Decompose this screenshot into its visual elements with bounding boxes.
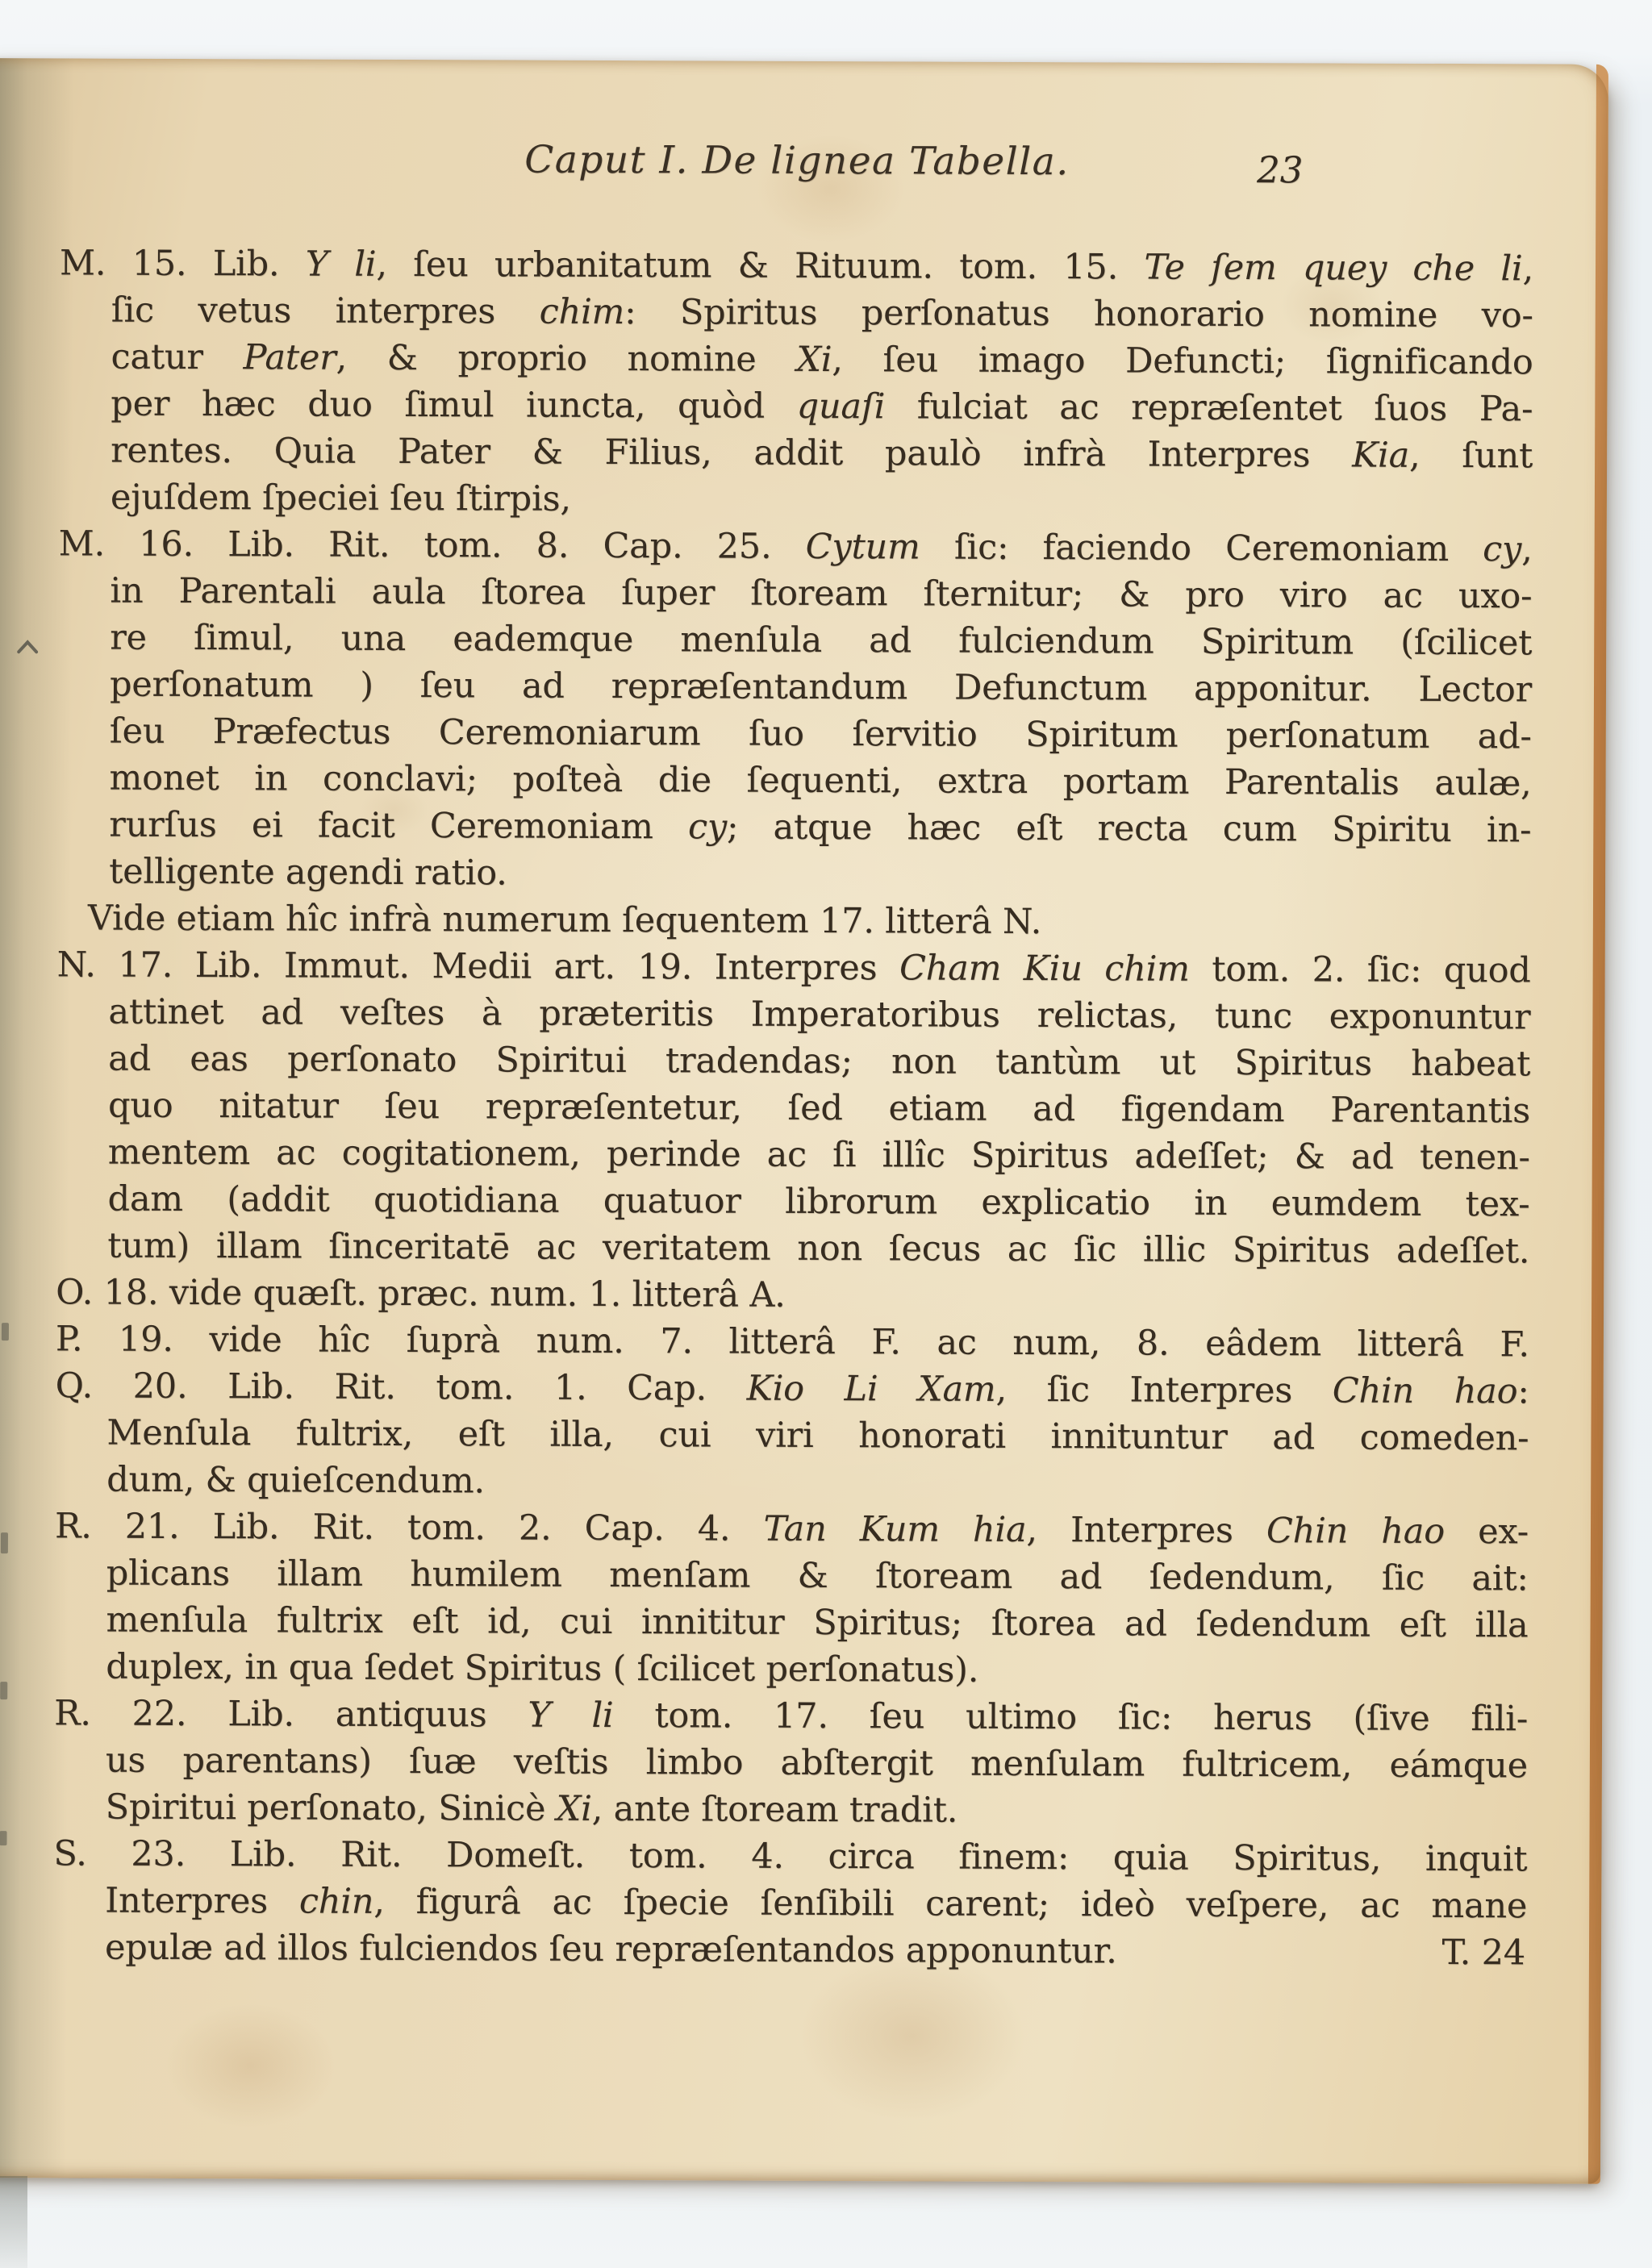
text-line: R. 22. Lib. antiquus Y li tom. 17. ſeu u…	[54, 1690, 1528, 1742]
text-line: ſic vetus interpres chim: Spiritus perſo…	[60, 286, 1533, 339]
page-content: Caput I. De lignea Tabella. 23 M. 15. Li…	[0, 58, 1608, 2184]
gutter-shadow-below-page	[0, 2176, 27, 2268]
text-segment-italic: Cham Kiu chim	[899, 948, 1190, 989]
text-line: rentes. Quia Pater & Filius, addit paulò…	[59, 427, 1533, 479]
text-segment-italic: chim	[540, 292, 625, 332]
text-line: menſula fultrix eſt id, cui innititur Sp…	[54, 1596, 1528, 1649]
text-line: dam (addit quotidiana quatuor librorum e…	[56, 1175, 1529, 1228]
text-line: telligente agendi ratio.	[57, 848, 1531, 900]
text-line: duplex, in qua ſedet Spiritus ( ſcilicet…	[54, 1643, 1528, 1695]
text-line: per hæc duo ſimul iuncta, quòd quaſi ful…	[59, 380, 1533, 432]
text-line: plicans illam humilem menſam & ſtoream a…	[55, 1549, 1529, 1602]
text-segment: R. 21. Lib. Rit. tom. 2. Cap. 4.	[55, 1506, 764, 1549]
text-segment: mentem ac cogitationem, perinde ac ſi il…	[108, 1132, 1530, 1178]
text-segment: ,	[1522, 248, 1533, 289]
text-line: perſonatum ) ſeu ad repræſentandum Defun…	[58, 661, 1532, 713]
text-block: M. 15. Lib. Y li, ſeu urbanitatum & Ritu…	[53, 240, 1533, 1976]
book-page: Caput I. De lignea Tabella. 23 M. 15. Li…	[0, 58, 1608, 2184]
text-line: O. 18. vide quæſt. præc. num. 1. litterâ…	[56, 1269, 1529, 1321]
text-segment: tom. 17. ſeu ultimo ſic: herus (ſive fil…	[613, 1695, 1528, 1739]
text-line: monet in conclavi; poſteà die ſequenti, …	[57, 754, 1531, 807]
text-segment: plicans illam humilem menſam & ſtoream a…	[106, 1553, 1529, 1599]
text-line: ad eas perſonato Spiritui tradendas; non…	[56, 1035, 1530, 1087]
text-segment: , figurâ ac ſpecie ſenſibili carent; ide…	[373, 1882, 1527, 1926]
text-segment-italic: Pater	[243, 337, 336, 377]
text-segment: duplex, in qua ſedet Spiritus ( ſcilicet…	[106, 1647, 978, 1691]
text-line: R. 21. Lib. Rit. tom. 2. Cap. 4. Tan Kum…	[55, 1503, 1529, 1555]
text-line: Q. 20. Lib. Rit. tom. 1. Cap. Kio Li Xam…	[56, 1362, 1529, 1415]
text-segment: ſic vetus interpres	[111, 290, 540, 332]
text-segment: Q. 20. Lib. Rit. tom. 1. Cap.	[56, 1365, 747, 1408]
text-segment: epulæ ad illos fulciendos ſeu repræſenta…	[105, 1928, 1117, 1972]
text-line: us parentans) ſuæ veſtis limbo abſtergit…	[54, 1736, 1528, 1789]
text-segment: M. 15. Lib.	[60, 243, 306, 284]
text-segment: catur	[111, 337, 243, 378]
text-segment-italic: quaſi	[797, 386, 886, 427]
text-segment: ad eas perſonato Spiritui tradendas; non…	[108, 1039, 1530, 1085]
text-segment: telligente agendi ratio.	[109, 852, 507, 894]
text-segment: :	[1517, 1371, 1529, 1411]
text-segment-italic: Y li	[306, 244, 377, 285]
scan-background: { "document": { "kind": "scanned-book-pa…	[0, 0, 1652, 2268]
text-segment: rurſus ei facit Ceremoniam	[109, 805, 688, 848]
text-segment: , ſeu urbanitatum & Rituum. tom. 15.	[376, 244, 1144, 288]
text-segment: fulciat ac repræſentet ſuos Pa-	[885, 386, 1533, 429]
text-segment: N. 17. Lib. Immut. Medii art. 19. Interp…	[57, 944, 900, 988]
gutter-fragment-mark	[1, 1532, 8, 1553]
text-line: Vide etiam hîc infrà numerum ſequentem 1…	[57, 894, 1531, 947]
text-line: ſeu Præfectus Ceremoniarum ſuo ſervitio …	[58, 707, 1532, 760]
text-segment: , Interpres	[1026, 1510, 1266, 1551]
text-segment: R. 22. Lib. antiquus	[54, 1693, 528, 1735]
text-segment: menſula fultrix eſt id, cui innititur Sp…	[106, 1600, 1528, 1646]
text-segment: Vide etiam hîc infrà numerum ſequentem 1…	[88, 898, 1041, 943]
text-line: Interpres chin, figurâ ac ſpecie ſenſibi…	[53, 1877, 1527, 1929]
text-segment: ,	[1521, 529, 1533, 569]
text-segment: ejuſdem ſpeciei ſeu ſtirpis,	[111, 477, 571, 519]
text-segment: attinet ad veſtes à præteritis Imperator…	[108, 992, 1530, 1038]
text-line: Menſula fultrix, eſt illa, cui viri hono…	[55, 1409, 1529, 1461]
text-line: catur Pater, & proprio nomine Xi, ſeu im…	[59, 333, 1533, 386]
text-segment-italic: Chin hao	[1266, 1511, 1445, 1552]
text-segment: , ſeu imago Defuncti; ſignificando	[832, 340, 1533, 382]
text-segment-italic: Xi	[557, 1789, 592, 1829]
text-segment: S. 23. Lib. Rit. Domeſt. tom. 4. circa f…	[53, 1833, 1527, 1879]
text-segment: , ſunt	[1409, 436, 1533, 477]
text-line: dum, & quieſcendum.	[55, 1456, 1529, 1508]
text-segment: , ſic Interpres	[995, 1370, 1333, 1411]
text-segment-italic: cy	[688, 807, 727, 847]
text-segment: tum) illam ſinceritatē ac veritatem non …	[107, 1226, 1529, 1272]
text-segment: dam (addit quotidiana quatuor librorum e…	[107, 1179, 1529, 1225]
text-segment-italic: Tan Kum hia	[763, 1509, 1026, 1550]
text-segment: Menſula fultrix, eſt illa, cui viri hono…	[106, 1413, 1529, 1459]
text-line: in Parentali aula ſtorea ſuper ſtoream ſ…	[58, 567, 1532, 619]
text-line: M. 15. Lib. Y li, ſeu urbanitatum & Ritu…	[60, 240, 1533, 292]
text-segment-italic: Chin hao	[1333, 1370, 1518, 1411]
margin-caret-mark	[17, 639, 38, 657]
text-line: rurſus ei facit Ceremoniam cy; atque hæc…	[57, 801, 1531, 853]
text-segment-italic: Cytum	[806, 527, 920, 568]
text-segment: dum, & quieſcendum.	[106, 1460, 485, 1502]
text-segment-italic: cy	[1483, 529, 1521, 569]
text-segment: ſeu Præfectus Ceremoniarum ſuo ſervitio …	[110, 711, 1532, 757]
text-line: P. 19. vide hîc ſuprà num. 7. litterâ F.…	[56, 1315, 1529, 1368]
text-segment: per hæc duo ſimul iuncta, quòd	[111, 384, 796, 427]
text-line: mentem ac cogitationem, perinde ac ſi il…	[56, 1128, 1530, 1181]
text-segment: re ſimul, una eademque menſula ad fulcie…	[110, 618, 1532, 664]
text-segment: us parentans) ſuæ veſtis limbo abſtergit…	[106, 1741, 1528, 1786]
text-segment: P. 19. vide hîc ſuprà num. 7. litterâ F.…	[56, 1319, 1529, 1365]
text-line: M. 16. Lib. Rit. tom. 8. Cap. 25. Cytum …	[59, 520, 1533, 573]
text-segment-italic: Xi	[796, 340, 832, 380]
text-line: quo nitatur ſeu repræſentetur, ſed etiam…	[56, 1082, 1530, 1134]
text-segment: perſonatum ) ſeu ad repræſentandum Defun…	[110, 665, 1532, 711]
text-segment-italic: chin	[299, 1882, 374, 1922]
text-segment: M. 16. Lib. Rit. tom. 8. Cap. 25.	[59, 523, 806, 567]
text-line: Spiritui perſonato, Sinicè Xi, ante ſtor…	[54, 1783, 1528, 1836]
text-segment: ex-	[1445, 1511, 1529, 1552]
text-segment: in Parentali aula ſtorea ſuper ſtoream ſ…	[110, 571, 1532, 617]
text-segment: , ante ſtoream tradit.	[592, 1789, 958, 1831]
text-segment-italic: Kia	[1352, 436, 1409, 476]
page-header: Caput I. De lignea Tabella. 23	[60, 135, 1533, 193]
text-line: S. 23. Lib. Rit. Domeſt. tom. 4. circa f…	[53, 1830, 1527, 1882]
page-number: 23	[1257, 148, 1303, 191]
text-line: re ſimul, una eademque menſula ad fulcie…	[58, 614, 1532, 666]
text-segment: , & proprio nomine	[336, 338, 796, 380]
text-line: N. 17. Lib. Immut. Medii art. 19. Interp…	[57, 941, 1531, 994]
text-segment-italic: Y li	[528, 1695, 613, 1736]
text-segment: : Spiritus perſonatus honorario nomine v…	[624, 292, 1533, 336]
text-line: ejuſdem ſpeciei ſeu ſtirpis,	[59, 473, 1533, 526]
text-segment: rentes. Quia Pater & Filius, addit paulò…	[111, 431, 1352, 476]
text-segment: quo nitatur ſeu repræſentetur, ſed etiam…	[108, 1086, 1530, 1132]
text-segment: Spiritui perſonato, Sinicè	[106, 1787, 557, 1829]
text-line: tum) illam ſinceritatē ac veritatem non …	[56, 1222, 1529, 1274]
text-segment: ; atque hæc eſt recta cum Spiritu in-	[727, 807, 1532, 851]
text-line: epulæ ad illos fulciendos ſeu repræſenta…	[53, 1924, 1527, 1976]
catchword: T. 24	[1441, 1929, 1525, 1976]
chapter-heading: Caput I. De lignea Tabella.	[524, 138, 1070, 185]
text-line: attinet ad veſtes à præteritis Imperator…	[56, 988, 1530, 1040]
text-segment-italic: Kio Li Xam	[747, 1369, 996, 1410]
text-segment: ſic: faciendo Ceremoniam	[920, 527, 1483, 569]
gutter-fragment-mark	[0, 1682, 7, 1699]
gutter-fragment-mark	[2, 1323, 9, 1340]
text-segment-italic: Te ſem quey che li	[1144, 248, 1522, 290]
text-segment: Interpres	[105, 1881, 299, 1922]
text-segment: tom. 2. ſic: quod	[1190, 949, 1531, 991]
gutter-fragment-mark	[0, 1831, 7, 1845]
text-segment: monet in conclavi; poſteà die ſequenti, …	[109, 758, 1531, 804]
text-segment: O. 18. vide quæſt. præc. num. 1. litterâ…	[56, 1272, 786, 1315]
